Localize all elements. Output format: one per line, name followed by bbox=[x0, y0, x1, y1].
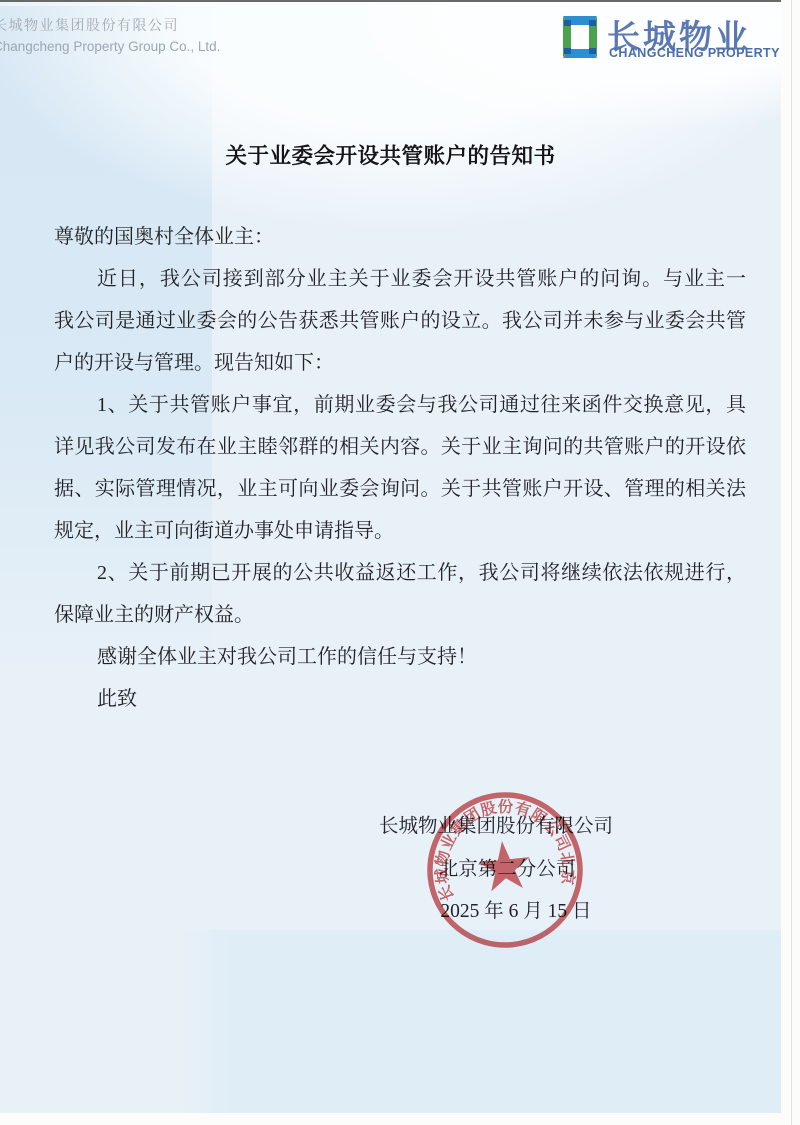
body-line: 尊敬的国奥村全体业主： bbox=[54, 216, 746, 258]
scan-bottom-margin bbox=[0, 1113, 781, 1125]
body-line: 据、实际管理情况，业主可向业委会询问。关于共管账户开设、管理的相关法律 bbox=[54, 468, 746, 510]
document-body: 尊敬的国奥村全体业主： 近日，我公司接到部分业主关于业委会开设共管账户的问询。与… bbox=[54, 216, 746, 720]
official-red-seal: 长城物业集团股份有限公司北京第二分公司 bbox=[416, 781, 594, 959]
body-line: 规定，业主可向街道办事处申请指导。 bbox=[54, 510, 746, 552]
body-line: 1、关于共管账户事宜，前期业委会与我公司通过往来函件交换意见，具体 bbox=[54, 384, 746, 426]
document-title: 关于业委会开设共管账户的告知书 bbox=[0, 139, 781, 170]
scan-edge-line bbox=[791, 0, 792, 1125]
logo-frame-icon bbox=[561, 14, 599, 60]
body-line: 保障业主的财产权益。 bbox=[54, 594, 746, 636]
body-line: 此致 bbox=[54, 678, 746, 720]
scan-right-margin bbox=[781, 0, 800, 1125]
watermark-company-cn: 长城物业集团股份有限公司 bbox=[0, 15, 220, 35]
header-watermark: 长城物业集团股份有限公司 Changcheng Property Group C… bbox=[0, 15, 220, 54]
body-line: 近日，我公司接到部分业主关于业委会开设共管账户的问询。与业主一样， bbox=[54, 258, 746, 300]
svg-text:长城物业集团股份有限公司北京第二分公司: 长城物业集团股份有限公司北京第二分公司 bbox=[416, 781, 580, 906]
body-line: 2、关于前期已开展的公共收益返还工作，我公司将继续依法依规进行，以 bbox=[54, 552, 746, 594]
body-line: 我公司是通过业委会的公告获悉共管账户的设立。我公司并未参与业委会共管账 bbox=[54, 300, 746, 342]
paper-sheet: 长城物业集团股份有限公司 Changcheng Property Group C… bbox=[0, 0, 781, 1113]
body-line: 详见我公司发布在业主睦邻群的相关内容。关于业主询问的共管账户的开设依 bbox=[54, 426, 746, 468]
logo-name-en: CHANGCHENG PROPERTY bbox=[609, 46, 780, 60]
scan-shading-bottom bbox=[175, 930, 781, 1113]
scan-top-edge-artifact bbox=[0, 0, 781, 2]
watermark-company-en: Changcheng Property Group Co., Ltd. bbox=[0, 39, 220, 54]
body-line: 感谢全体业主对我公司工作的信任与支持！ bbox=[54, 636, 746, 678]
scanned-notice-page: 长城物业集团股份有限公司 Changcheng Property Group C… bbox=[0, 0, 800, 1125]
seal-ring-text: 长城物业集团股份有限公司北京第二分公司 bbox=[416, 781, 580, 906]
body-line: 户的开设与管理。现告知如下： bbox=[54, 342, 746, 384]
company-logo: 长城物业 CHANGCHENG PROPERTY bbox=[561, 13, 771, 65]
seal-star bbox=[476, 838, 532, 892]
